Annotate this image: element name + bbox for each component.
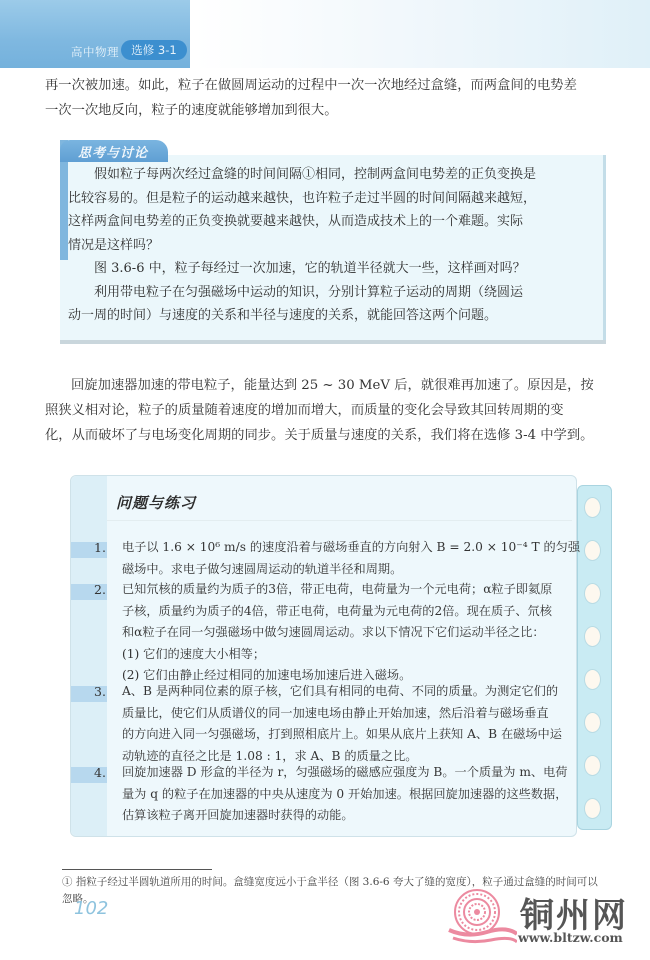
- text-line: 图 3.6-6 中，粒子每经过一次加速，它的轨道半径就大一些，这样画对吗？: [68, 257, 536, 281]
- text-line: 量为 q 的粒子在加速器的中央从速度为 0 开始加速。根据回旋加速器的这些数据，: [122, 784, 567, 806]
- text-line: 回旋加速器加速的带电粒子，能量达到 25 ~ 30 MeV 后，就很难再加速了。…: [45, 373, 594, 398]
- text-line: 电子以 1.6 × 10⁶ m/s 的速度沿着与磁场垂直的方向射入 B = 2.…: [122, 537, 580, 559]
- volume-badge: 选修 3-1: [121, 40, 187, 60]
- question-number: 4.: [94, 765, 106, 780]
- question-3: A、B 是两种同位素的原子核，它们具有相同的电荷、不同的质量。为测定它们的 质量…: [122, 681, 562, 767]
- binder-hole-icon: [584, 626, 601, 647]
- question-number: 1.: [94, 540, 106, 555]
- text-line: 忽略。: [62, 891, 598, 908]
- text-line: 情况是这样吗？: [68, 234, 536, 258]
- text-line: 利用带电粒子在匀强磁场中运动的知识，分别计算粒子运动的周期（绕圆运: [68, 281, 536, 305]
- binder-hole-icon: [584, 798, 601, 819]
- text-line: 这样两盒间电势差的正负变换就要越来越快，从而造成技术上的一个难题。实际: [68, 210, 536, 234]
- text-line: 化，从而破坏了与电场变化周期的同步。关于质量与速度的关系，我们将在选修 3-4 …: [45, 423, 594, 448]
- text-line: 的方向进入同一匀强磁场，打到照相底片上。如果从底片上获知 A、B 在磁场中运: [122, 724, 562, 746]
- question-number: 3.: [94, 684, 106, 699]
- question-4: 回旋加速器 D 形盒的半径为 r，匀强磁场的磁感应强度为 B。一个质量为 m、电…: [122, 762, 567, 827]
- book-title: 高中物理: [71, 44, 119, 60]
- text-line: 和α粒子在同一匀强磁场中做匀速圆周运动。求以下情况下它们运动半径之比：: [122, 622, 552, 644]
- binder-strip: [577, 485, 612, 830]
- seal-logo-icon: [447, 886, 517, 946]
- text-line: 质量比，使它们从质谱仪的同一加速电场由静止开始加速，然后沿着与磁场垂直: [122, 703, 562, 725]
- text-line: 照狭义相对论，粒子的质量随着速度的增加而增大，而质量的变化会导致其回转周期的变: [45, 398, 594, 423]
- binder-hole-icon: [584, 540, 601, 561]
- text-line: ① 指粒子经过半圆轨道所用的时间。盒缝宽度远小于盒半径（图 3.6-6 夸大了缝…: [62, 874, 598, 891]
- text-line: 一次一次地反向，粒子的速度就能够增加到很大。: [45, 98, 577, 123]
- text-line: (1) 它们的速度大小相等；: [122, 644, 552, 666]
- footnote: ① 指粒子经过半圆轨道所用的时间。盒缝宽度远小于盒半径（图 3.6-6 夸大了缝…: [62, 874, 598, 908]
- text-line: 回旋加速器 D 形盒的半径为 r，匀强磁场的磁感应强度为 B。一个质量为 m、电…: [122, 762, 567, 784]
- binder-hole-icon: [584, 712, 601, 733]
- text-line: 假如粒子每两次经过盒缝的时间间隔①相同，控制两盒间电势差的正负变换是: [68, 163, 536, 187]
- intro-paragraph: 再一次被加速。如此，粒子在做圆周运动的过程中一次一次地经过盒缝，而两盒间的电势差…: [45, 73, 577, 123]
- question-1: 电子以 1.6 × 10⁶ m/s 的速度沿着与磁场垂直的方向射入 B = 2.…: [122, 537, 580, 580]
- footnote-rule: [62, 869, 212, 870]
- text-line: 子核，质量约为质子的4倍，带正电荷，电荷量为元电荷的2倍。现在质子、氘核: [122, 601, 552, 623]
- text-line: 比较容易的。但是粒子的运动越来越快，也许粒子走过半圆的时间间隔越来越短，: [68, 187, 536, 211]
- discussion-title: 思考与讨论: [78, 142, 148, 161]
- divider: [107, 520, 572, 521]
- text-line: 已知氘核的质量约为质子的3倍，带正电荷，电荷量为一个元电荷；α粒子即氦原: [122, 579, 552, 601]
- page-number: 102: [74, 898, 108, 919]
- question-2: 已知氘核的质量约为质子的3倍，带正电荷，电荷量为一个元电荷；α粒子即氦原 子核，…: [122, 579, 552, 687]
- text-line: 估算该粒子离开回旋加速器时获得的动能。: [122, 805, 567, 827]
- discussion-text: 假如粒子每两次经过盒缝的时间间隔①相同，控制两盒间电势差的正负变换是 比较容易的…: [68, 163, 536, 328]
- main-paragraph: 回旋加速器加速的带电粒子，能量达到 25 ~ 30 MeV 后，就很难再加速了。…: [45, 373, 594, 448]
- text-line: A、B 是两种同位素的原子核，它们具有相同的电荷、不同的质量。为测定它们的: [122, 681, 562, 703]
- binder-hole-icon: [584, 669, 601, 690]
- question-number: 2.: [94, 582, 106, 597]
- watermark-url: www.bltzw.com: [518, 930, 623, 945]
- text-line: 再一次被加速。如此，粒子在做圆周运动的过程中一次一次地经过盒缝，而两盒间的电势差: [45, 73, 577, 98]
- exercise-title: 问题与练习: [116, 492, 196, 513]
- text-line: 动一周的时间）与速度的关系和半径与速度的关系，就能回答这两个问题。: [68, 304, 536, 328]
- text-line: 磁场中。求电子做匀速圆周运动的轨道半径和周期。: [122, 559, 580, 581]
- binder-hole-icon: [584, 755, 601, 776]
- binder-hole-icon: [584, 583, 601, 604]
- binder-hole-icon: [584, 497, 601, 518]
